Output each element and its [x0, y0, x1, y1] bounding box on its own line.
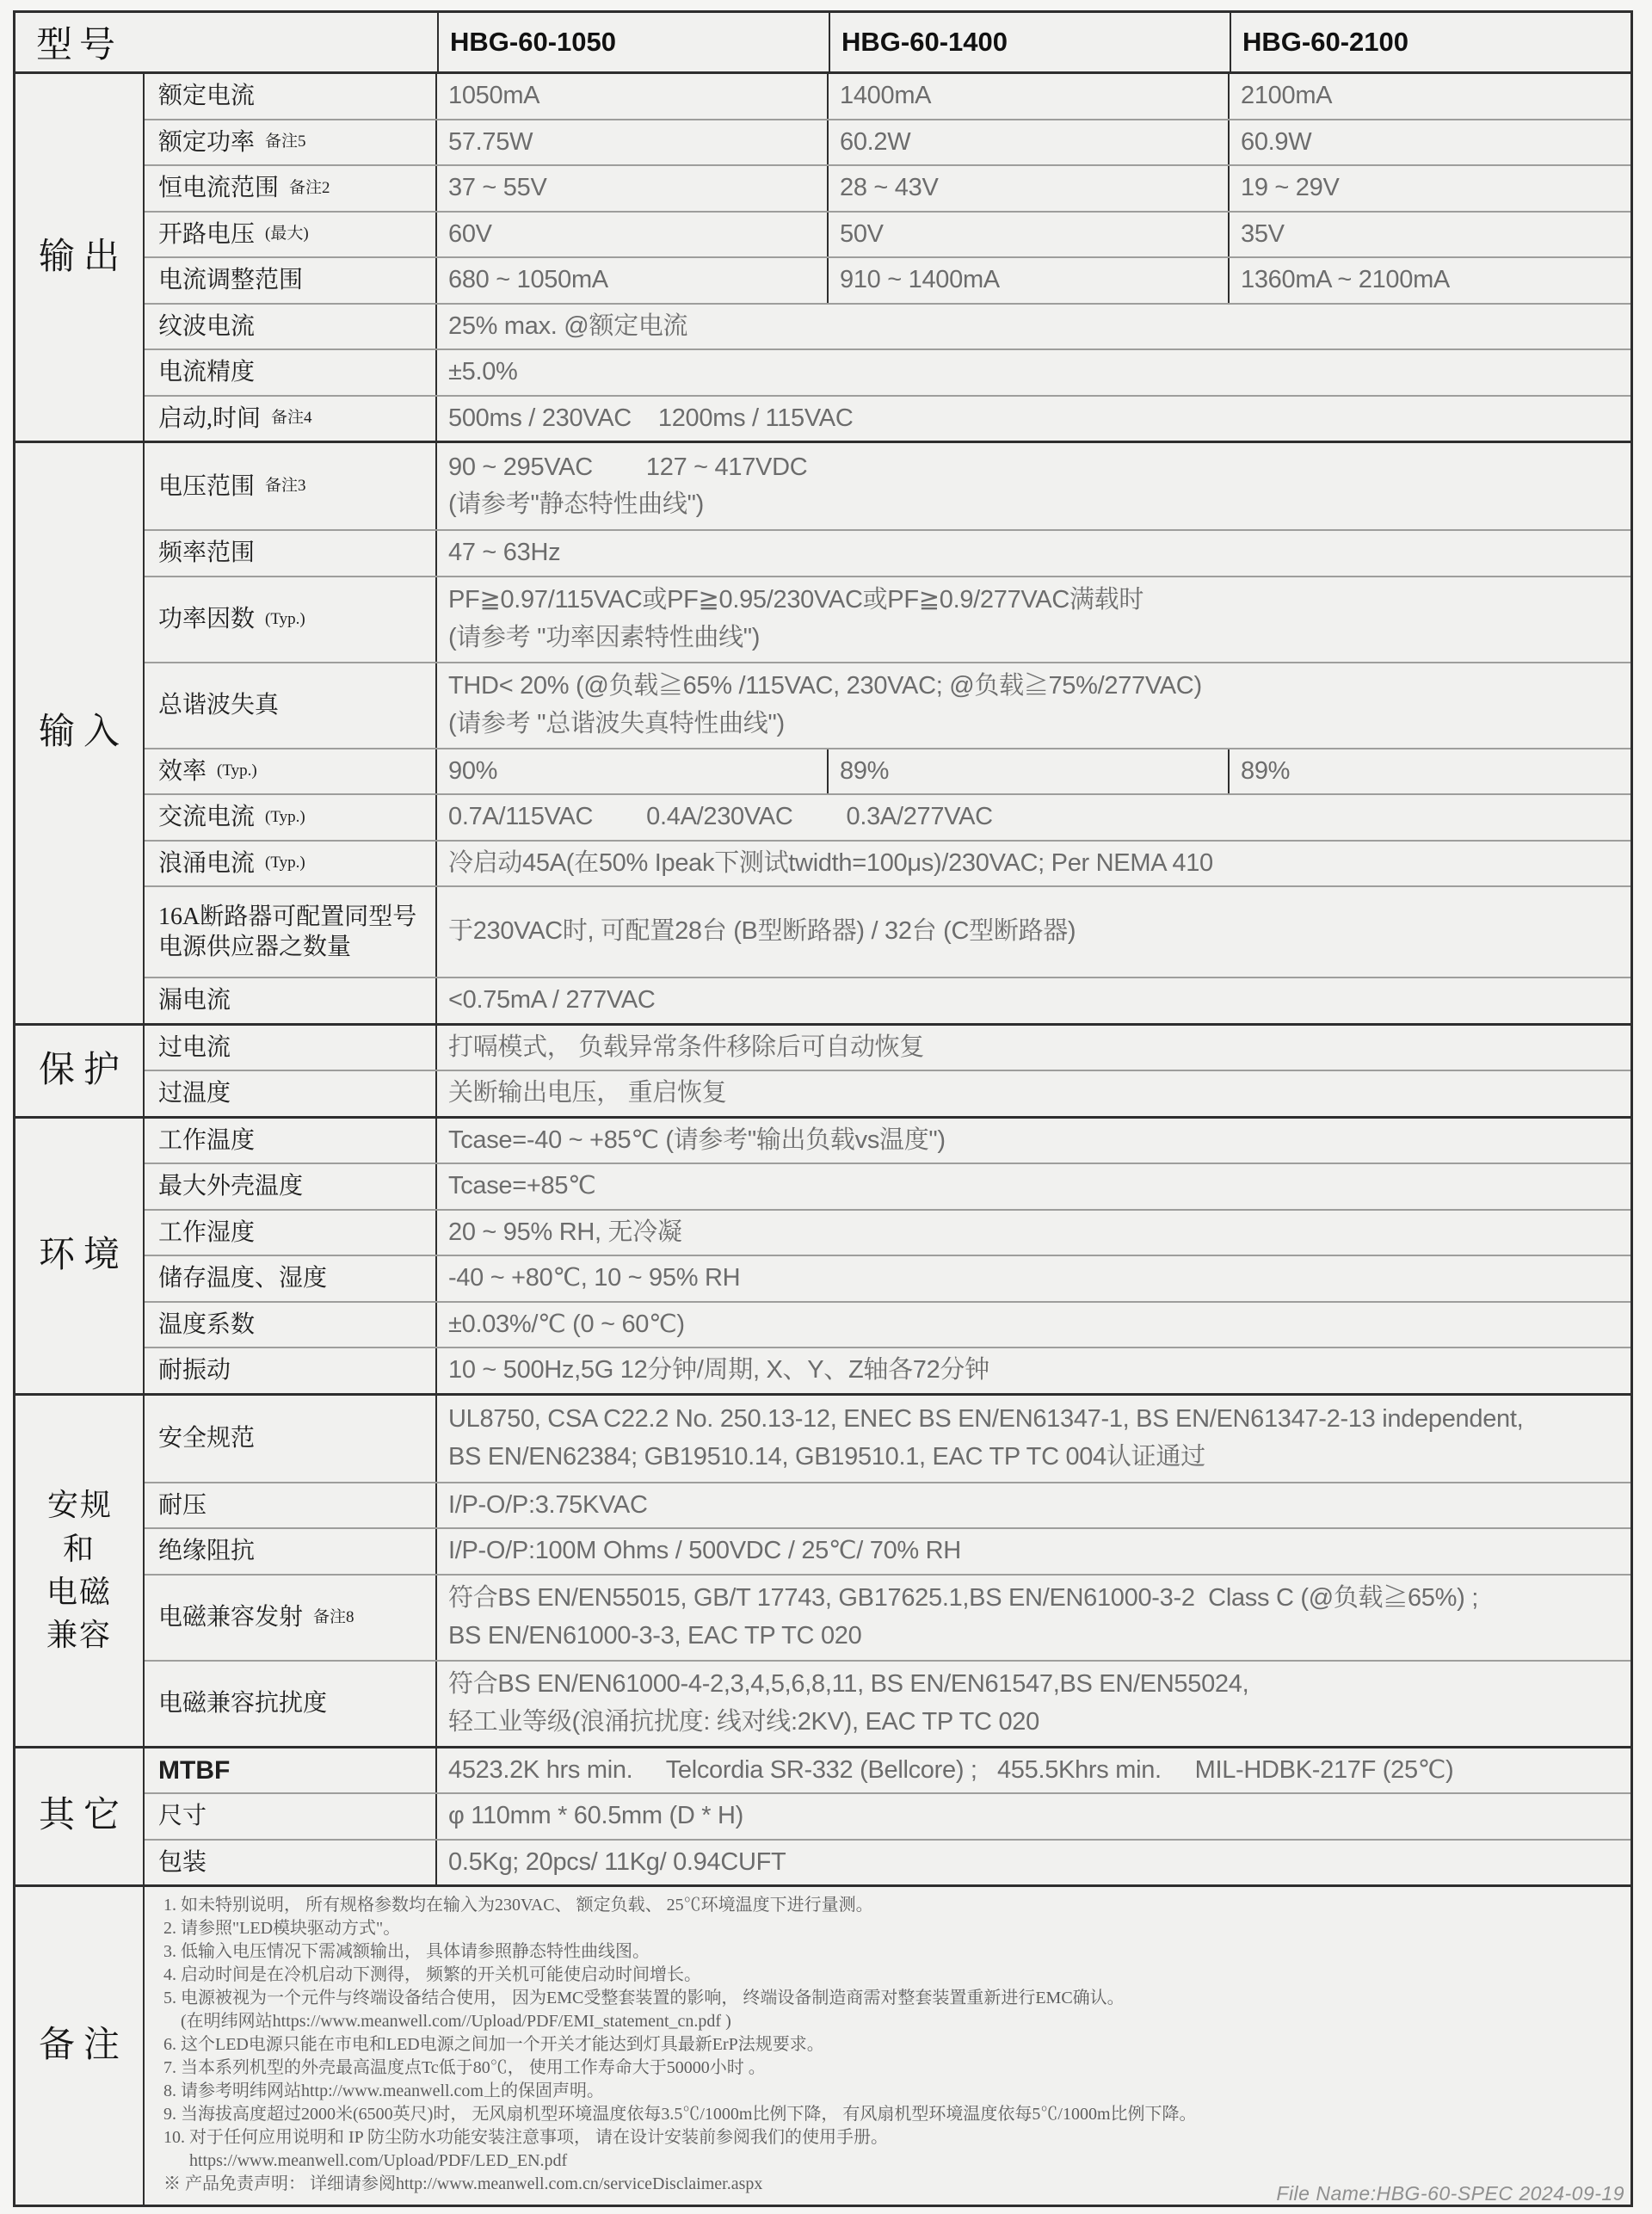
row-label: 恒电流范围备注2	[145, 166, 437, 211]
table-row: 过电流 打嗝模式， 负载异常条件移除后可自动恢复	[145, 1026, 1630, 1070]
section-input-label: 输入	[15, 443, 145, 1023]
table-row: 纹波电流 25% max. @额定电流	[145, 303, 1630, 349]
row-label-text: 储存温度、湿度	[158, 1263, 327, 1293]
row-label: 漏电流	[145, 978, 437, 1023]
row-label: 电流调整范围	[145, 258, 437, 303]
value-cell: 50V	[829, 213, 1230, 257]
value-cell: 打嗝模式， 负载异常条件移除后可自动恢复	[437, 1026, 1630, 1070]
value-cell: 47 ~ 63Hz	[437, 531, 1630, 576]
row-note: (最大)	[265, 224, 309, 244]
row-label: 最大外壳温度	[145, 1164, 437, 1209]
row-label-text: 交流电流	[158, 802, 255, 832]
value-cell: 37 ~ 55V	[437, 166, 829, 211]
row-label: 工作湿度	[145, 1211, 437, 1255]
value-cell: UL8750, CSA C22.2 No. 250.13-12, ENEC BS…	[437, 1396, 1630, 1482]
row-label: 16A断路器可配置同型号电源供应器之数量	[145, 887, 437, 977]
row-label: 电磁兼容抗扰度	[145, 1662, 437, 1746]
value-cell: 500ms / 230VAC 1200ms / 115VAC	[437, 397, 1630, 441]
row-label-text: 浪涌电流	[158, 848, 255, 879]
section-input: 输入 电压范围备注3 90 ~ 295VAC 127 ~ 417VDC (请参考…	[15, 441, 1630, 1023]
model-name-2100: HBG-60-2100	[1231, 13, 1630, 71]
table-row: 电压范围备注3 90 ~ 295VAC 127 ~ 417VDC (请参考"静态…	[145, 443, 1630, 529]
model-label: 型号	[15, 13, 439, 71]
value-cell: 90 ~ 295VAC 127 ~ 417VDC (请参考"静态特性曲线")	[437, 443, 1630, 529]
value-cell: 于230VAC时, 可配置28台 (B型断路器) / 32台 (C型断路器)	[437, 887, 1630, 977]
row-note: 备注5	[265, 132, 306, 152]
value-cell: 680 ~ 1050mA	[437, 258, 829, 303]
notes-line: 7. 当本系列机型的外壳最高温度点Tc低于80℃， 使用工作寿命大于50000小…	[163, 2057, 1615, 2080]
row-label-text: 温度系数	[158, 1310, 255, 1340]
row-label-text: 耐振动	[158, 1355, 231, 1385]
row-label-text: 电磁兼容发射	[158, 1602, 303, 1632]
row-label-text: 启动,时间	[158, 404, 261, 434]
value-cell: 25% max. @额定电流	[437, 305, 1630, 349]
row-label: 额定电流	[145, 74, 437, 119]
spec-table: 型号 HBG-60-1050 HBG-60-1400 HBG-60-2100 输…	[13, 10, 1633, 2207]
spec-sheet-page: 型号 HBG-60-1050 HBG-60-1400 HBG-60-2100 输…	[0, 0, 1652, 2214]
value-cell: THD< 20% (@负载≧65% /115VAC, 230VAC; @负载≧7…	[437, 663, 1630, 748]
row-note: (Typ.)	[265, 853, 305, 873]
table-row: 开路电压(最大) 60V 50V 35V	[145, 211, 1630, 257]
section-others: 其它 MTBF 4523.2K hrs min. Telcordia SR-33…	[15, 1746, 1630, 1885]
section-safety-emc-label: 安规 和 电磁 兼容	[15, 1396, 145, 1746]
row-label-text: 额定功率	[158, 127, 255, 157]
row-label: 效率(Typ.)	[145, 749, 437, 794]
section-protection-label: 保护	[15, 1026, 145, 1116]
value-cell: ±0.03%/℃ (0 ~ 60℃)	[437, 1303, 1630, 1348]
model-name-1400: HBG-60-1400	[830, 13, 1231, 71]
row-label-text: 尺寸	[158, 1801, 206, 1831]
row-label-text: 最大外壳温度	[158, 1171, 303, 1201]
value-cell: 20 ~ 95% RH, 无冷凝	[437, 1211, 1630, 1255]
value-cell: 35V	[1230, 213, 1630, 257]
value-cell: ±5.0%	[437, 350, 1630, 395]
row-label: 交流电流(Typ.)	[145, 795, 437, 840]
row-label-text: 电流精度	[158, 357, 255, 387]
row-label: 工作温度	[145, 1119, 437, 1163]
value-cell: 符合BS EN/EN61000-4-2,3,4,5,6,8,11, BS EN/…	[437, 1662, 1630, 1746]
value-cell: 关断输出电压， 重启恢复	[437, 1071, 1630, 1116]
row-label: 电磁兼容发射备注8	[145, 1576, 437, 1660]
row-label-text: 纹波电流	[158, 311, 255, 342]
value-cell: 910 ~ 1400mA	[829, 258, 1230, 303]
row-label-text: 开路电压	[158, 219, 255, 250]
table-row: 工作湿度 20 ~ 95% RH, 无冷凝	[145, 1209, 1630, 1255]
value-cell: Tcase=+85℃	[437, 1164, 1630, 1209]
table-row: 耐压 I/P-O/P:3.75KVAC	[145, 1482, 1630, 1528]
section-environment: 环境 工作温度 Tcase=-40 ~ +85℃ (请参考"输出负载vs温度")…	[15, 1116, 1630, 1393]
row-label: 尺寸	[145, 1794, 437, 1839]
row-label: 总谐波失真	[145, 663, 437, 748]
section-protection: 保护 过电流 打嗝模式， 负载异常条件移除后可自动恢复 过温度 关断输出电压， …	[15, 1023, 1630, 1116]
value-cell: 10 ~ 500Hz,5G 12分钟/周期, X、Y、Z轴各72分钟	[437, 1348, 1630, 1393]
table-row: 耐振动 10 ~ 500Hz,5G 12分钟/周期, X、Y、Z轴各72分钟	[145, 1347, 1630, 1393]
value-cell: 4523.2K hrs min. Telcordia SR-332 (Bellc…	[437, 1748, 1630, 1793]
value-cell: PF≧0.97/115VAC或PF≧0.95/230VAC或PF≧0.9/277…	[437, 577, 1630, 662]
row-label-text: 工作温度	[158, 1126, 255, 1156]
row-label-text: 总谐波失真	[158, 690, 279, 720]
row-label: 储存温度、湿度	[145, 1256, 437, 1301]
table-row: MTBF 4523.2K hrs min. Telcordia SR-332 (…	[145, 1748, 1630, 1793]
notes-line: 6. 这个LED电源只能在市电和LED电源之间加一个开关才能达到灯具最新ErP法…	[163, 2033, 1615, 2057]
table-row: 最大外壳温度 Tcase=+85℃	[145, 1163, 1630, 1209]
row-label: 包装	[145, 1841, 437, 1885]
notes-body: 1. 如未特别说明， 所有规格参数均在输入为230VAC、 额定负载、 25℃环…	[145, 1887, 1630, 2205]
table-row: 额定功率备注5 57.75W 60.2W 60.9W	[145, 119, 1630, 165]
section-environment-label: 环境	[15, 1119, 145, 1393]
value-cell: 90%	[437, 749, 829, 794]
value-cell: 19 ~ 29V	[1230, 166, 1630, 211]
value-cell: -40 ~ +80℃, 10 ~ 95% RH	[437, 1256, 1630, 1301]
row-label-text: 电磁兼容抗扰度	[158, 1688, 327, 1718]
section-notes: 备注 1. 如未特别说明， 所有规格参数均在输入为230VAC、 额定负载、 2…	[15, 1884, 1630, 2205]
row-label: 耐振动	[145, 1348, 437, 1393]
value-cell: 1400mA	[829, 74, 1230, 119]
row-label-text: 电压范围	[158, 472, 255, 502]
table-row: 过温度 关断输出电压， 重启恢复	[145, 1070, 1630, 1116]
value-cell: 89%	[1230, 749, 1630, 794]
value-cell: 57.75W	[437, 120, 829, 165]
table-row: 功率因数(Typ.) PF≧0.97/115VAC或PF≧0.95/230VAC…	[145, 576, 1630, 662]
row-label: 启动,时间备注4	[145, 397, 437, 441]
row-label: 绝缘阻抗	[145, 1529, 437, 1574]
table-row: 电流调整范围 680 ~ 1050mA 910 ~ 1400mA 1360mA …	[145, 256, 1630, 303]
row-label: MTBF	[145, 1748, 437, 1793]
row-label-text: 工作湿度	[158, 1218, 255, 1248]
row-label-text: 电流调整范围	[158, 265, 303, 295]
notes-line: 2. 请参照"LED模块驱动方式"。	[163, 1917, 1615, 1940]
value-cell: 60.2W	[829, 120, 1230, 165]
value-cell: 冷启动45A(在50% Ipeak下测试twidth=100μs)/230VAC…	[437, 842, 1630, 886]
notes-line: 9. 当海拔高度超过2000米(6500英尺)时， 无风扇机型环境温度依每3.5…	[163, 2103, 1615, 2126]
table-row: 工作温度 Tcase=-40 ~ +85℃ (请参考"输出负载vs温度")	[145, 1119, 1630, 1163]
value-cell: 60.9W	[1230, 120, 1630, 165]
table-row: 启动,时间备注4 500ms / 230VAC 1200ms / 115VAC	[145, 395, 1630, 441]
row-label: 电压范围备注3	[145, 443, 437, 529]
row-label-text: 额定电流	[158, 81, 255, 111]
row-label: 纹波电流	[145, 305, 437, 349]
value-cell: 符合BS EN/EN55015, GB/T 17743, GB17625.1,B…	[437, 1576, 1630, 1660]
row-label: 耐压	[145, 1483, 437, 1528]
notes-line: 10. 对于任何应用说明和 IP 防尘防水功能安装注意事项， 请在设计安装前参阅…	[163, 2126, 1615, 2149]
model-name-1050: HBG-60-1050	[439, 13, 830, 71]
row-label-text: 包装	[158, 1847, 206, 1878]
row-label-text: 频率范围	[158, 538, 255, 568]
table-row: 恒电流范围备注2 37 ~ 55V 28 ~ 43V 19 ~ 29V	[145, 164, 1630, 211]
table-row: 包装 0.5Kg; 20pcs/ 11Kg/ 0.94CUFT	[145, 1839, 1630, 1885]
value-cell: 2100mA	[1230, 74, 1630, 119]
row-label-text: 效率	[158, 756, 206, 786]
row-note: (Typ.)	[265, 609, 305, 630]
notes-line: 4. 启动时间是在冷机启动下测得， 频繁的开关机可能使启动时间增长。	[163, 1964, 1615, 1987]
row-label: 功率因数(Typ.)	[145, 577, 437, 662]
table-row: 电磁兼容发射备注8 符合BS EN/EN55015, GB/T 17743, G…	[145, 1574, 1630, 1660]
value-cell: <0.75mA / 277VAC	[437, 978, 1630, 1023]
notes-line: 1. 如未特别说明， 所有规格参数均在输入为230VAC、 额定负载、 25℃环…	[163, 1894, 1615, 1917]
table-row: 效率(Typ.) 90% 89% 89%	[145, 748, 1630, 794]
table-row: 16A断路器可配置同型号电源供应器之数量 于230VAC时, 可配置28台 (B…	[145, 885, 1630, 977]
row-label-text: 16A断路器可配置同型号电源供应器之数量	[158, 902, 428, 962]
value-cell: 1360mA ~ 2100mA	[1230, 258, 1630, 303]
row-label-text: 过温度	[158, 1078, 231, 1108]
value-cell: φ 110mm * 60.5mm (D * H)	[437, 1794, 1630, 1839]
footer-file-name: File Name:HBG-60-SPEC 2024-09-19	[1276, 2182, 1624, 2205]
value-cell: 0.7A/115VAC 0.4A/230VAC 0.3A/277VAC	[437, 795, 1630, 840]
table-row: 交流电流(Typ.) 0.7A/115VAC 0.4A/230VAC 0.3A/…	[145, 793, 1630, 840]
table-row: 安全规范 UL8750, CSA C22.2 No. 250.13-12, EN…	[145, 1396, 1630, 1482]
section-notes-label: 备注	[15, 1887, 145, 2205]
table-row: 电磁兼容抗扰度 符合BS EN/EN61000-4-2,3,4,5,6,8,11…	[145, 1660, 1630, 1746]
table-row: 总谐波失真 THD< 20% (@负载≧65% /115VAC, 230VAC;…	[145, 662, 1630, 748]
table-row: 浪涌电流(Typ.) 冷启动45A(在50% Ipeak下测试twidth=10…	[145, 840, 1630, 886]
model-header-row: 型号 HBG-60-1050 HBG-60-1400 HBG-60-2100	[15, 13, 1630, 71]
row-note: (Typ.)	[265, 807, 305, 828]
row-note: 备注2	[289, 178, 330, 199]
table-row: 尺寸 φ 110mm * 60.5mm (D * H)	[145, 1792, 1630, 1839]
section-model-header: 型号 HBG-60-1050 HBG-60-1400 HBG-60-2100	[15, 13, 1630, 71]
row-label-text: 过电流	[158, 1033, 231, 1063]
notes-line: 8. 请参考明纬网站http://www.meanwell.com上的保固声明。	[163, 2080, 1615, 2103]
table-row: 绝缘阻抗 I/P-O/P:100M Ohms / 500VDC / 25℃/ 7…	[145, 1527, 1630, 1574]
row-note: 备注3	[265, 476, 306, 496]
row-label-text: 安全规范	[158, 1423, 255, 1453]
notes-line: (在明纬网站https://www.meanwell.com//Upload/P…	[163, 2010, 1615, 2033]
row-label: 开路电压(最大)	[145, 213, 437, 257]
table-row: 频率范围 47 ~ 63Hz	[145, 529, 1630, 576]
row-label: 频率范围	[145, 531, 437, 576]
table-row: 额定电流 1050mA 1400mA 2100mA	[145, 74, 1630, 119]
section-output-label: 输出	[15, 74, 145, 441]
table-row: 储存温度、湿度 -40 ~ +80℃, 10 ~ 95% RH	[145, 1255, 1630, 1301]
row-label: 额定功率备注5	[145, 120, 437, 165]
notes-line: https://www.meanwell.com/Upload/PDF/LED_…	[163, 2149, 1615, 2173]
table-row: 电流精度 ±5.0%	[145, 348, 1630, 395]
row-label-text: 绝缘阻抗	[158, 1536, 255, 1566]
row-label-text: 漏电流	[158, 985, 231, 1015]
row-note: (Typ.)	[217, 761, 257, 781]
row-label: 温度系数	[145, 1303, 437, 1348]
row-label-text: MTBF	[158, 1755, 230, 1787]
value-cell: 89%	[829, 749, 1230, 794]
row-label: 安全规范	[145, 1396, 437, 1482]
value-cell: Tcase=-40 ~ +85℃ (请参考"输出负载vs温度")	[437, 1119, 1630, 1163]
value-cell: 60V	[437, 213, 829, 257]
notes-line: 5. 电源被视为一个元件与终端设备结合使用， 因为EMC受整套装置的影响， 终端…	[163, 1987, 1615, 2010]
row-label-text: 恒电流范围	[158, 173, 279, 203]
row-label-text: 功率因数	[158, 604, 255, 634]
value-cell: 0.5Kg; 20pcs/ 11Kg/ 0.94CUFT	[437, 1841, 1630, 1885]
notes-line: 3. 低输入电压情况下需减额输出， 具体请参照静态特性曲线图。	[163, 1940, 1615, 1964]
row-label: 电流精度	[145, 350, 437, 395]
row-label-text: 耐压	[158, 1490, 206, 1520]
value-cell: I/P-O/P:3.75KVAC	[437, 1483, 1630, 1528]
section-output: 输出 额定电流 1050mA 1400mA 2100mA 额定功率备注5 57.…	[15, 71, 1630, 441]
value-cell: I/P-O/P:100M Ohms / 500VDC / 25℃/ 70% RH	[437, 1529, 1630, 1574]
row-label: 浪涌电流(Typ.)	[145, 842, 437, 886]
value-cell: 1050mA	[437, 74, 829, 119]
section-safety-emc: 安规 和 电磁 兼容 安全规范 UL8750, CSA C22.2 No. 25…	[15, 1393, 1630, 1746]
row-note: 备注8	[313, 1607, 354, 1628]
table-row: 温度系数 ±0.03%/℃ (0 ~ 60℃)	[145, 1301, 1630, 1348]
value-cell: 28 ~ 43V	[829, 166, 1230, 211]
row-label: 过温度	[145, 1071, 437, 1116]
section-others-label: 其它	[15, 1748, 145, 1885]
row-note: 备注4	[271, 408, 312, 429]
row-label: 过电流	[145, 1026, 437, 1070]
table-row: 漏电流 <0.75mA / 277VAC	[145, 977, 1630, 1023]
